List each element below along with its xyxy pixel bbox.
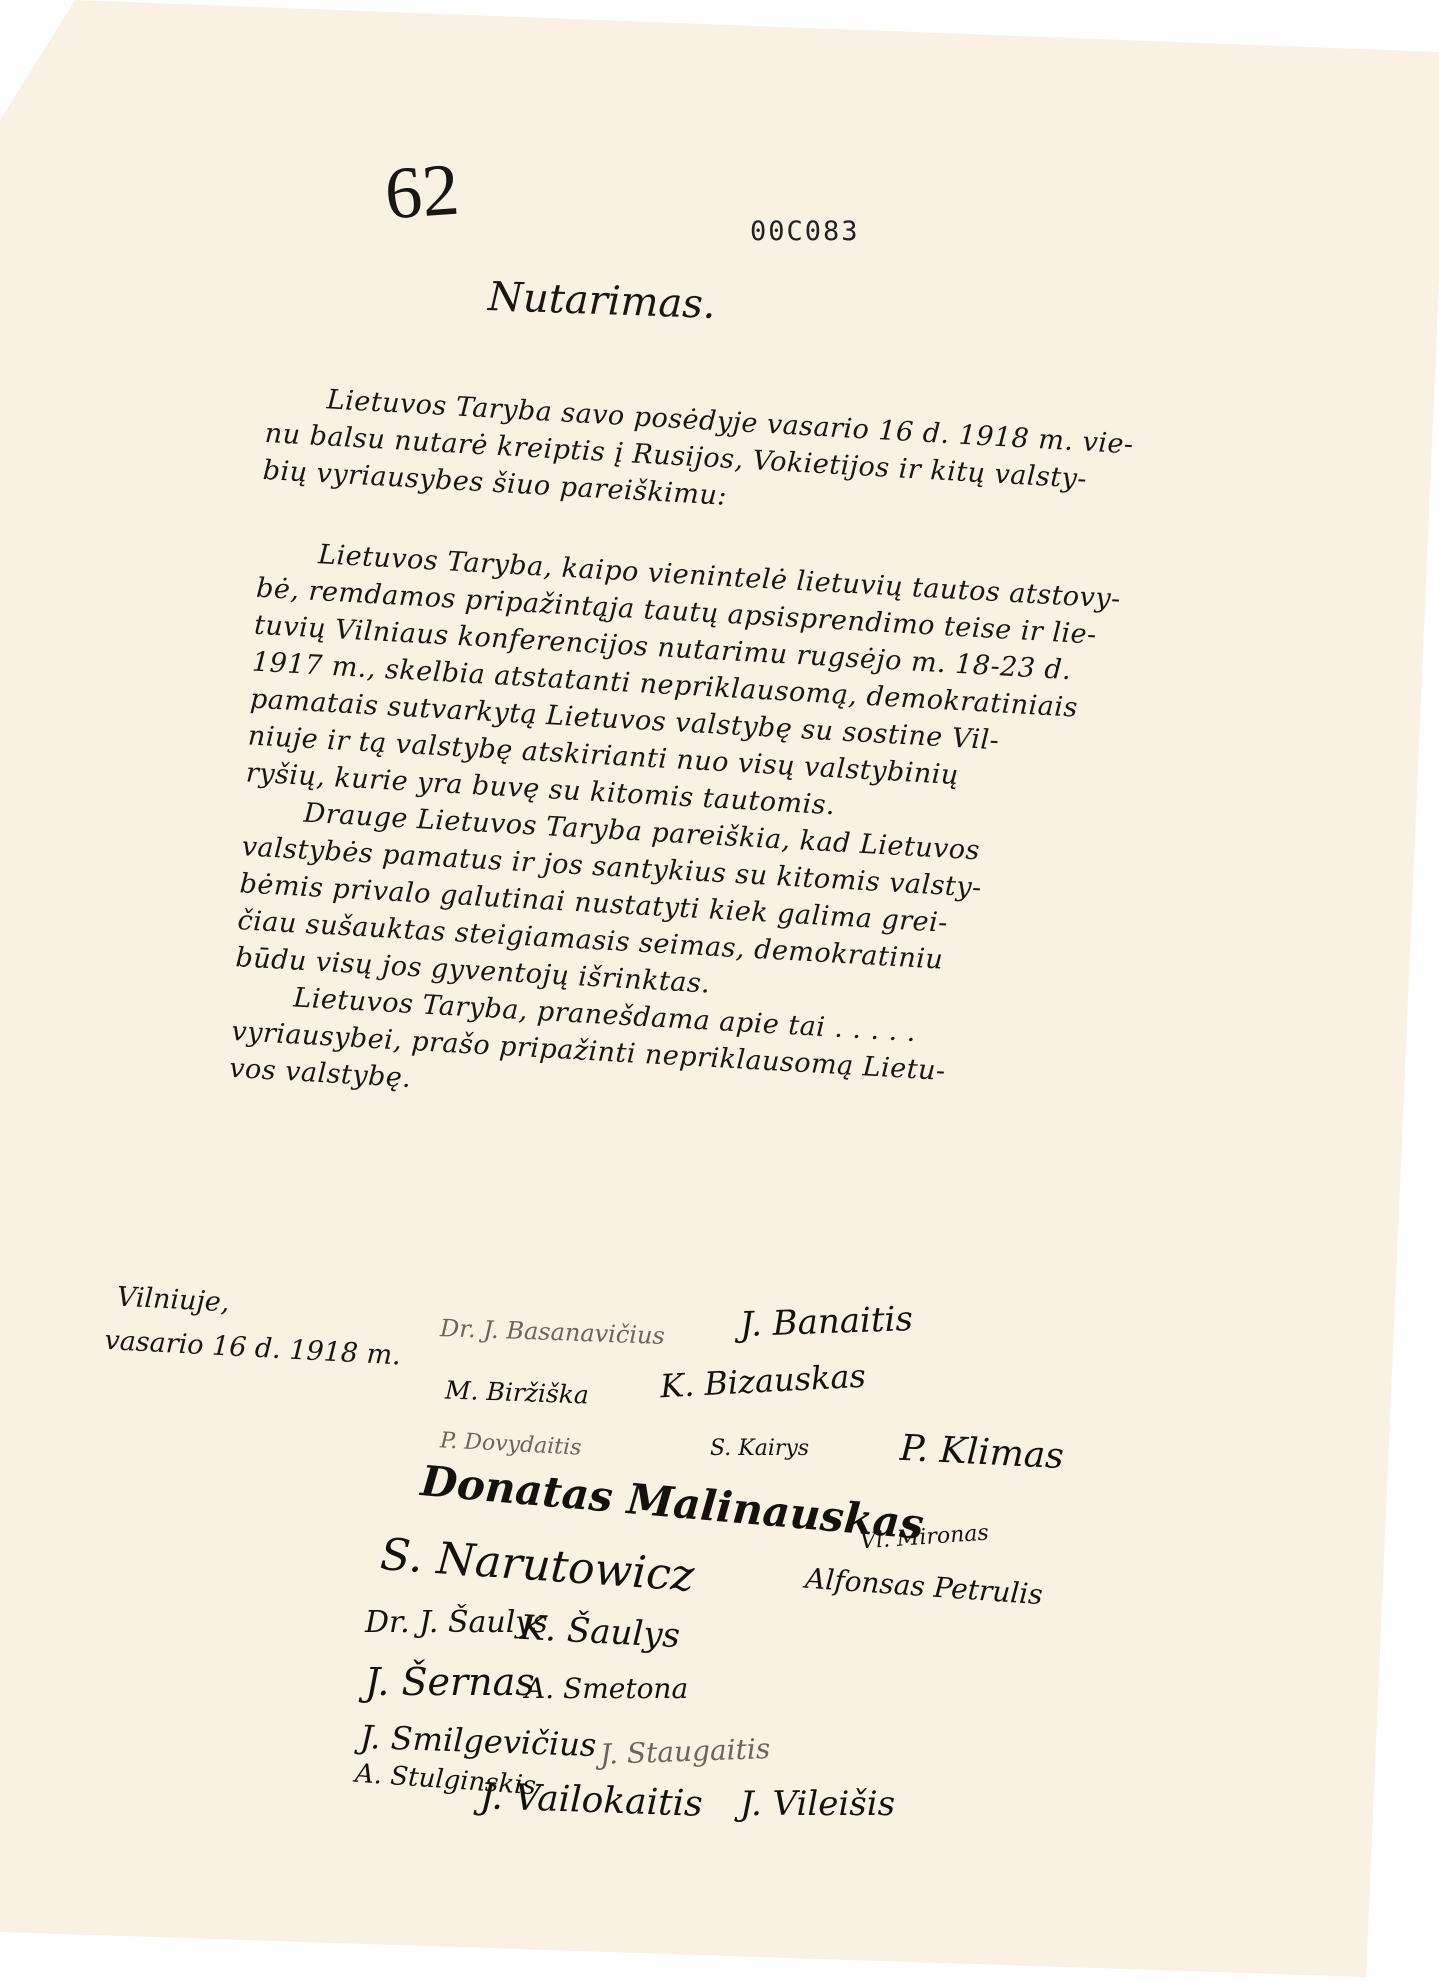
signature: J. Vailokaitis (479, 1776, 703, 1825)
archive-stamp: 00C083 (750, 216, 860, 247)
document-body: Lietuvos Taryba savo posėdyje vasario 16… (228, 378, 1196, 1139)
signature: J. Šernas (365, 1660, 535, 1704)
signature: P. Klimas (899, 1428, 1065, 1478)
document-title: Nutarimas. (487, 274, 716, 328)
signature: A. Smetona (525, 1672, 688, 1705)
signature: J. Staugaitis (599, 1732, 770, 1771)
signature: S. Kairys (710, 1436, 809, 1461)
paragraph-2: Lietuvos Taryba, kaipo vienintelė lietuv… (245, 533, 1188, 844)
signature: K. Šaulys (519, 1608, 681, 1656)
signature: M. Biržiška (445, 1375, 590, 1409)
signature: J. Banaitis (739, 1299, 913, 1345)
folio-number: 62 (382, 148, 462, 238)
signature: J. Vileišis (740, 1784, 895, 1824)
place-date: Vilniuje, vasario 16 d. 1918 m. (103, 1275, 404, 1378)
